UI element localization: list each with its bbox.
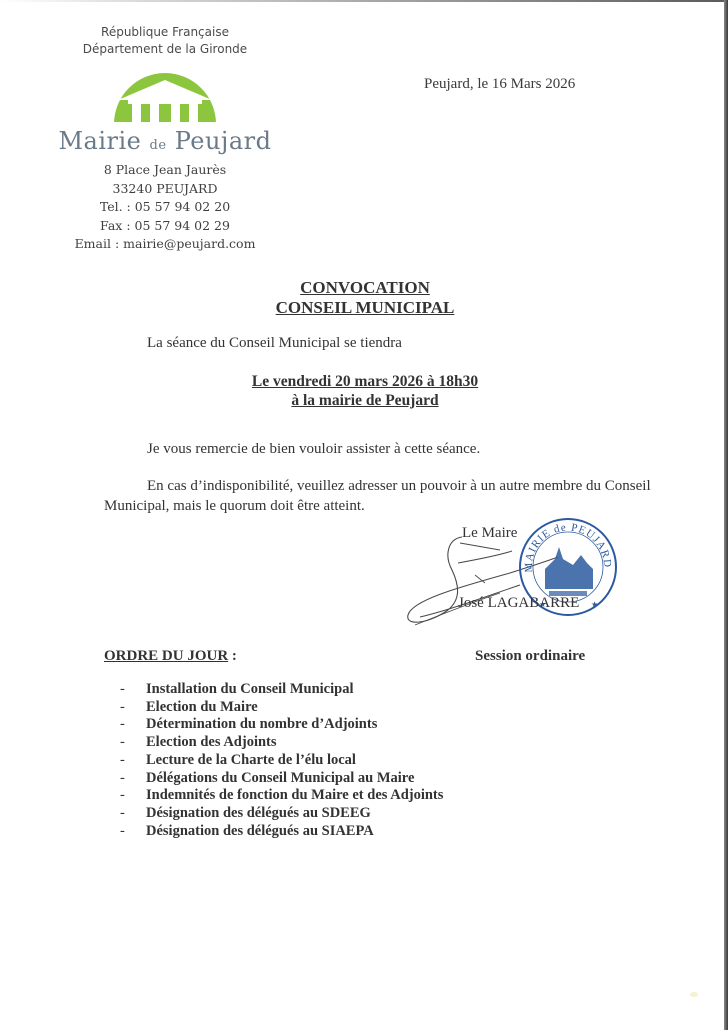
agenda-heading: ORDRE DU JOUR :	[104, 648, 237, 665]
title-line-1: CONVOCATION	[200, 278, 530, 298]
agenda-item-label: Election des Adjoints	[146, 734, 277, 752]
agenda-item: -Désignation des délégués au SDEEG	[120, 805, 443, 823]
agenda-item-label: Election du Maire	[146, 699, 258, 717]
agenda-item: -Election du Maire	[120, 699, 443, 717]
intro-text: La séance du Conseil Municipal se tiendr…	[147, 335, 402, 352]
agenda-item: -Désignation des délégués au SIAEPA	[120, 823, 443, 841]
dash-bullet-icon: -	[120, 752, 146, 770]
meeting-details: Le vendredi 20 mars 2026 à 18h30 à la ma…	[200, 372, 530, 410]
agenda-item: -Lecture de la Charte de l’élu local	[120, 752, 443, 770]
date-line: Peujard, le 16 Mars 2026	[424, 76, 575, 93]
dash-bullet-icon: -	[120, 716, 146, 734]
proxy-paragraph: En cas d’indisponibilité, veuillez adres…	[104, 476, 664, 516]
dash-bullet-icon: -	[120, 681, 146, 699]
agenda-item: -Détermination du nombre d’Adjoints	[120, 716, 443, 734]
phone-number: Tel. : 05 57 94 02 20	[50, 198, 280, 217]
title-line-2: CONSEIL MUNICIPAL	[200, 298, 530, 318]
dash-bullet-icon: -	[120, 823, 146, 841]
fax-number: Fax : 05 57 94 02 29	[50, 217, 280, 236]
agenda-item-label: Installation du Conseil Municipal	[146, 681, 353, 699]
scan-edge-top	[0, 0, 728, 2]
dash-bullet-icon: -	[120, 770, 146, 788]
dash-bullet-icon: -	[120, 699, 146, 717]
mairie-town: Peujard	[175, 127, 272, 155]
mairie-prefix: Mairie	[58, 127, 141, 155]
agenda-item-label: Désignation des délégués au SDEEG	[146, 805, 371, 823]
mairie-name: Mairie de Peujard	[50, 126, 280, 161]
dash-bullet-icon: -	[120, 805, 146, 823]
signature-block: Le Maire MAIRIE de PEUJARD ★ ★ José LAGA…	[400, 515, 630, 630]
agenda-item: -Election des Adjoints	[120, 734, 443, 752]
agenda-item: -Indemnités de fonction du Maire et des …	[120, 787, 443, 805]
agenda-item-label: Désignation des délégués au SIAEPA	[146, 823, 374, 841]
signatory-name: José LAGABARRE	[458, 595, 579, 612]
agenda-item-label: Lecture de la Charte de l’élu local	[146, 752, 356, 770]
agenda-item-label: Indemnités de fonction du Maire et des A…	[146, 787, 443, 805]
session-type: Session ordinaire	[475, 648, 585, 665]
scan-edge-right	[724, 0, 728, 1030]
department-line: Département de la Gironde	[50, 41, 280, 58]
thanks-paragraph: Je vous remercie de bien vouloir assiste…	[147, 441, 480, 458]
scan-speck	[690, 992, 698, 997]
agenda-title-suffix: :	[228, 648, 237, 664]
agenda-item-label: Détermination du nombre d’Adjoints	[146, 716, 377, 734]
agenda-item-label: Délégations du Conseil Municipal au Mair…	[146, 770, 414, 788]
dash-bullet-icon: -	[120, 787, 146, 805]
mairie-de: de	[150, 138, 167, 153]
postal-address: 33240 PEUJARD	[50, 180, 280, 199]
dash-bullet-icon: -	[120, 734, 146, 752]
document-title: CONVOCATION CONSEIL MUNICIPAL	[200, 278, 530, 318]
agenda-item: -Installation du Conseil Municipal	[120, 681, 443, 699]
agenda-title: ORDRE DU JOUR	[104, 648, 228, 664]
svg-text:★: ★	[591, 600, 598, 609]
meeting-location: à la mairie de Peujard	[200, 391, 530, 410]
letterhead: République Française Département de la G…	[50, 24, 280, 254]
street-address: 8 Place Jean Jaurès	[50, 161, 280, 180]
agenda-item: -Délégations du Conseil Municipal au Mai…	[120, 770, 443, 788]
email-address: Email : mairie@peujard.com	[50, 235, 280, 254]
republic-line: République Française	[50, 24, 280, 41]
signature-title: Le Maire	[462, 525, 517, 542]
agenda-list: -Installation du Conseil Municipal -Elec…	[120, 681, 443, 840]
meeting-datetime: Le vendredi 20 mars 2026 à 18h30	[200, 372, 530, 391]
town-hall-logo-icon	[110, 62, 220, 126]
